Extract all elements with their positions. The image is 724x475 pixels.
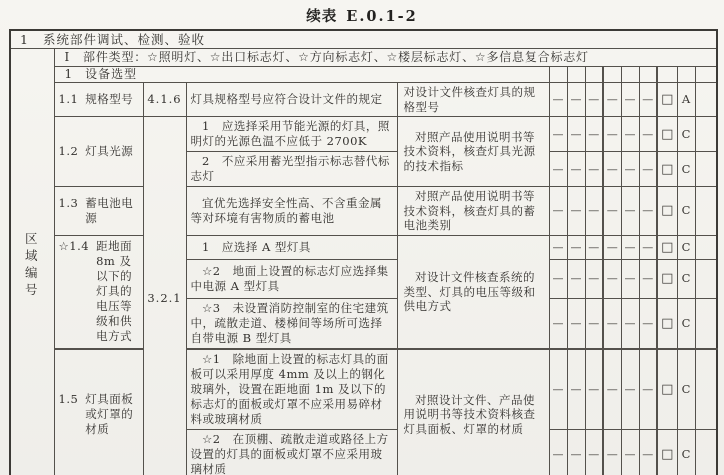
item-number: 1.5 [59, 392, 79, 407]
dash-mark: — [603, 430, 621, 475]
requirement-cell: 1 应选择采用节能光源的灯具，照明灯的光源色温不应低于 2700K [186, 117, 397, 152]
requirement-cell: ☆3 未设置消防控制室的住宅建筑中，疏散走道、楼梯间等场所可选择自带电源 B 型… [186, 298, 397, 349]
blank-cell [695, 259, 717, 298]
grade-cell: C [677, 187, 695, 236]
dash-mark: — [621, 349, 639, 430]
blank-cell [677, 67, 695, 83]
dash-mark: — [639, 430, 657, 475]
dash-mark: — [603, 349, 621, 430]
method-text: 对设计文件核查灯具的规格型号 [398, 83, 549, 116]
item-cell-1-5: 1.5灯具面板或灯罩的材质 [54, 349, 143, 475]
blank-cell [639, 67, 657, 83]
dash-mark: — [639, 298, 657, 349]
blank-cell [695, 152, 717, 187]
dash-mark: — [549, 187, 567, 236]
checkbox-icon: □ [657, 83, 677, 117]
checkbox-icon: □ [657, 298, 677, 349]
method-cell: 对设计文件核查系统的类型、灯具的电压等级和供电方式 [397, 235, 549, 349]
item-cell-1-3: 1.3蓄电池电源 [54, 187, 143, 236]
dash-mark: — [549, 298, 567, 349]
section-title: 系统部件调试、检测、验收 [43, 32, 205, 47]
dash-mark: — [621, 83, 639, 117]
dash-mark: — [585, 117, 603, 152]
requirement-cell: 宜优先选择安全性高、不含重金属等对环境有害物质的蓄电池 [186, 187, 397, 236]
requirement-cell: ☆1 除地面上设置的标志灯具的面板可以采用厚度 4mm 及以上的钢化玻璃外，设置… [186, 349, 397, 430]
blank-cell [657, 67, 677, 83]
item-name: 灯具面板或灯罩的材质 [85, 392, 141, 437]
dash-mark: — [567, 152, 585, 187]
blank-cell [585, 67, 603, 83]
blank-cell [695, 83, 717, 117]
dash-mark: — [567, 298, 585, 349]
clause-cell: 4.1.6 [143, 83, 186, 117]
region-header-cell: 区域编号 [10, 49, 54, 475]
dash-mark: — [567, 430, 585, 475]
dash-mark: — [603, 152, 621, 187]
dash-mark: — [621, 235, 639, 259]
item-cell-1-4: ☆1.4距地面 8m 及以下的灯具的电压等级和供电方式 [54, 235, 143, 349]
dash-mark: — [585, 298, 603, 349]
method-cell: 对照产品使用说明书等技术资料，核查灯具的蓄电池类别 [397, 187, 549, 236]
item-name: 蓄电池电源 [85, 196, 141, 226]
blank-cell [695, 349, 717, 430]
dash-mark: — [639, 235, 657, 259]
method-cell: 对照设计文件、产品使用说明书等技术资料核查灯具面板、灯罩的材质 [397, 349, 549, 475]
requirement-text: 2 不应采用蓄光型指示标志替代标志灯 [187, 152, 397, 186]
dash-mark: — [567, 187, 585, 236]
blank-cell [695, 235, 717, 259]
dash-mark: — [621, 152, 639, 187]
title-code: E.0.1-2 [346, 8, 417, 25]
dash-mark: — [621, 298, 639, 349]
dash-mark: — [621, 430, 639, 475]
item-number: 1.1 [59, 92, 79, 107]
blank-cell [695, 117, 717, 152]
section-header: 1系统部件调试、检测、验收 [10, 30, 717, 49]
checkbox-icon: □ [657, 259, 677, 298]
requirement-cell: ☆2 在顶棚、疏散走道或路径上方设置的灯具的面板或灯罩不应采用玻璃材质 [186, 430, 397, 475]
checkbox-icon: □ [657, 187, 677, 236]
requirement-text: 灯具规格型号应符合设计文件的规定 [187, 90, 397, 109]
grade-cell: C [677, 235, 695, 259]
blank-cell [695, 430, 717, 475]
dash-mark: — [639, 187, 657, 236]
checkbox-icon: □ [657, 430, 677, 475]
requirement-text: ☆1 除地面上设置的标志灯具的面板可以采用厚度 4mm 及以上的钢化玻璃外，设置… [187, 350, 397, 429]
dash-mark: — [549, 349, 567, 430]
dash-mark: — [567, 83, 585, 117]
grade-cell: A [677, 83, 695, 117]
requirement-text: ☆2 在顶棚、疏散走道或路径上方设置的灯具的面板或灯罩不应采用玻璃材质 [187, 430, 397, 475]
dash-mark: — [639, 152, 657, 187]
dash-mark: — [639, 117, 657, 152]
dash-mark: — [549, 235, 567, 259]
grade-cell: C [677, 259, 695, 298]
dash-mark: — [639, 259, 657, 298]
checkbox-icon: □ [657, 349, 677, 430]
item-number: 1.2 [59, 144, 79, 159]
section-number: 1 [20, 32, 29, 47]
dash-mark: — [603, 235, 621, 259]
requirement-text: 1 应选择 A 型灯具 [187, 238, 397, 257]
requirement-cell: 2 不应采用蓄光型指示标志替代标志灯 [186, 152, 397, 187]
part-type-number: Ⅰ [65, 50, 71, 65]
requirement-cell: 灯具规格型号应符合设计文件的规定 [186, 83, 397, 117]
dash-mark: — [567, 235, 585, 259]
method-cell: 对设计文件核查灯具的规格型号 [397, 83, 549, 117]
grade-cell: C [677, 117, 695, 152]
clause-cell: 3.2.1 [143, 117, 186, 475]
dash-mark: — [621, 117, 639, 152]
dash-mark: — [639, 83, 657, 117]
dash-mark: — [549, 117, 567, 152]
dash-mark: — [639, 349, 657, 430]
grade-cell: C [677, 430, 695, 475]
page-title: 续表E.0.1-2 [0, 5, 724, 26]
method-cell: 对照产品使用说明书等技术资料，核查灯具光源的技术指标 [397, 117, 549, 187]
dash-mark: — [621, 259, 639, 298]
dash-mark: — [549, 430, 567, 475]
method-text: 对照产品使用说明书等技术资料，核查灯具光源的技术指标 [398, 128, 549, 176]
dash-mark: — [603, 117, 621, 152]
requirement-text: 宜优先选择安全性高、不含重金属等对环境有害物质的蓄电池 [187, 194, 397, 228]
requirement-text: ☆2 地面上设置的标志灯应选择集中电源 A 型灯具 [187, 262, 397, 296]
dash-mark: — [549, 152, 567, 187]
item-name: 距地面 8m 及以下的灯具的电压等级和供电方式 [96, 239, 141, 344]
blank-cell [621, 67, 639, 83]
item-number: 1.3 [59, 196, 79, 211]
subsection-title: 设备选型 [85, 67, 137, 81]
dash-mark: — [549, 83, 567, 117]
item-name: 灯具光源 [85, 144, 141, 159]
method-text: 对设计文件核查系统的类型、灯具的电压等级和供电方式 [398, 268, 549, 316]
title-prefix: 续表 [306, 8, 337, 25]
subsection-header: 1设备选型 [54, 67, 549, 83]
region-label: 区域编号 [19, 230, 47, 298]
dash-mark: — [603, 83, 621, 117]
grade-cell: C [677, 152, 695, 187]
dash-mark: — [603, 187, 621, 236]
blank-cell [695, 67, 717, 83]
blank-cell [603, 67, 621, 83]
part-type-header: Ⅰ部件类型：☆照明灯、☆出口标志灯、☆方向标志灯、☆楼层标志灯、☆多信息复合标志… [54, 49, 717, 67]
method-text: 对照设计文件、产品使用说明书等技术资料核查灯具面板、灯罩的材质 [398, 391, 549, 439]
dash-mark: — [585, 349, 603, 430]
method-text: 对照产品使用说明书等技术资料，核查灯具的蓄电池类别 [398, 187, 549, 235]
dash-mark: — [585, 259, 603, 298]
subsection-number: 1 [65, 67, 74, 82]
dash-mark: — [585, 187, 603, 236]
grade-cell: C [677, 298, 695, 349]
dash-mark: — [603, 259, 621, 298]
item-name: 规格型号 [85, 92, 141, 107]
checkbox-icon: □ [657, 235, 677, 259]
dash-mark: — [585, 152, 603, 187]
checkbox-icon: □ [657, 152, 677, 187]
dash-mark: — [585, 235, 603, 259]
blank-cell [695, 298, 717, 349]
item-cell-1-1: 1.1规格型号 [54, 83, 143, 117]
dash-mark: — [585, 430, 603, 475]
dash-mark: — [567, 349, 585, 430]
item-number: ☆1.4 [59, 239, 90, 254]
checkbox-icon: □ [657, 117, 677, 152]
blank-cell [695, 187, 717, 236]
requirement-cell: 1 应选择 A 型灯具 [186, 235, 397, 259]
item-cell-1-2: 1.2灯具光源 [54, 117, 143, 187]
dash-mark: — [567, 117, 585, 152]
blank-cell [549, 67, 567, 83]
requirement-cell: ☆2 地面上设置的标志灯应选择集中电源 A 型灯具 [186, 259, 397, 298]
dash-mark: — [603, 298, 621, 349]
dash-mark: — [585, 83, 603, 117]
blank-cell [567, 67, 585, 83]
dash-mark: — [549, 259, 567, 298]
dash-mark: — [567, 259, 585, 298]
inspection-table: 1系统部件调试、检测、验收 区域编号 Ⅰ部件类型：☆照明灯、☆出口标志灯、☆方向… [9, 29, 718, 475]
dash-mark: — [621, 187, 639, 236]
grade-cell: C [677, 349, 695, 430]
scanned-document-page: 续表E.0.1-2 1系统部件调试、检测、验收 区域编号 Ⅰ部件类型：☆照明灯、… [0, 0, 724, 475]
requirement-text: 1 应选择采用节能光源的灯具，照明灯的光源色温不应低于 2700K [187, 117, 397, 151]
part-type-text: 部件类型：☆照明灯、☆出口标志灯、☆方向标志灯、☆楼层标志灯、☆多信息复合标志灯 [83, 50, 589, 64]
requirement-text: ☆3 未设置消防控制室的住宅建筑中，疏散走道、楼梯间等场所可选择自带电源 B 型… [187, 299, 397, 348]
